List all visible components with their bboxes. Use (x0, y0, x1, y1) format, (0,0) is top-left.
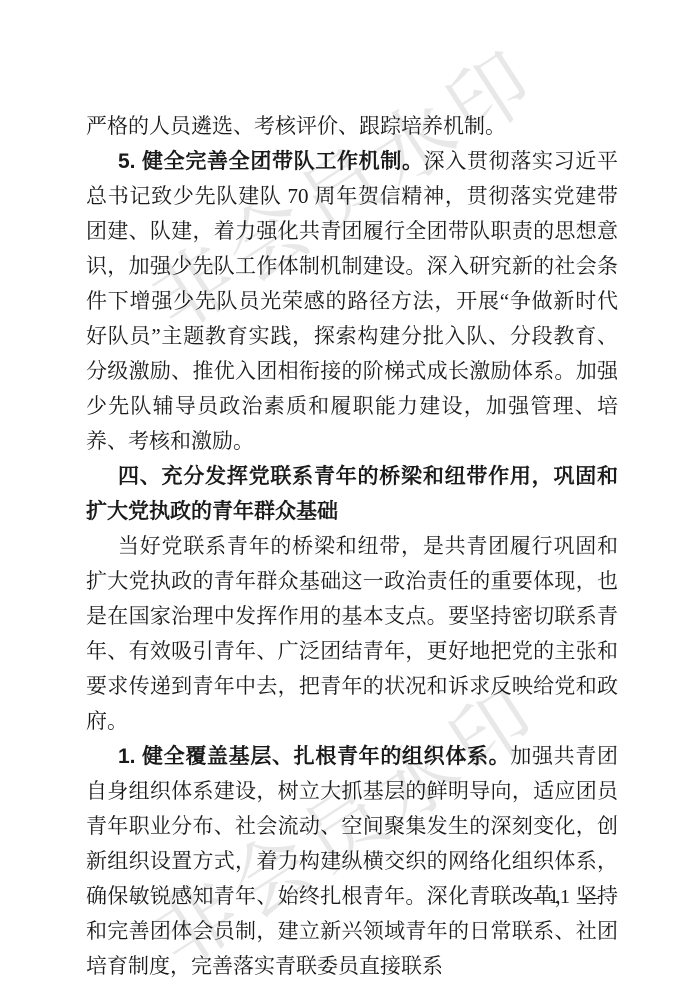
paragraph-text: 加强共青团自身组织体系建设，树立大抓基层的鲜明导向，适应团员青年职业分布、社会流… (86, 744, 618, 978)
paragraph-lead: 5. 健全完善全团带队工作机制。 (118, 150, 424, 173)
body-paragraph: 5. 健全完善全团带队工作机制。深入贯彻落实习近平总书记致少先队建队 70 周年… (86, 144, 618, 459)
document-page: 非会员水印 非会员水印 严格的人员遴选、考核评价、跟踪培养机制。 5. 健全完善… (0, 0, 700, 990)
body-paragraph: 1. 健全覆盖基层、扎根青年的组织体系。加强共青团自身组织体系建设，树立大抓基层… (86, 739, 618, 984)
paragraph-lead: 1. 健全覆盖基层、扎根青年的组织体系。 (118, 745, 510, 768)
body-paragraph: 严格的人员遴选、考核评价、跟踪培养机制。 (86, 109, 618, 144)
body-paragraph: 当好党联系青年的桥梁和纽带，是共青团履行巩固和扩大党执政的青年群众基础这一政治责… (86, 529, 618, 739)
document-content: 严格的人员遴选、考核评价、跟踪培养机制。 5. 健全完善全团带队工作机制。深入贯… (86, 109, 618, 984)
section-heading: 四、充分发挥党联系青年的桥梁和纽带作用，巩固和扩大党执政的青年群众基础 (86, 459, 618, 529)
paragraph-text: 深入贯彻落实习近平总书记致少先队建队 70 周年贺信精神，贯彻落实党建带团建、队… (86, 149, 618, 453)
page-number: — 11 — (520, 886, 601, 909)
